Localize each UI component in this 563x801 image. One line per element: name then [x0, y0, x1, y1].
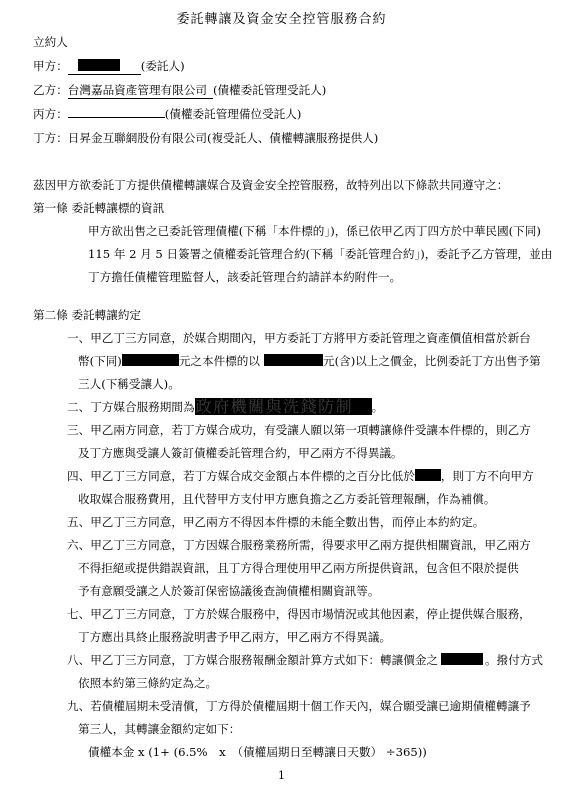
- item-number: 一、: [67, 331, 90, 345]
- article2-item-1: 一、甲乙丁三方同意，於媒合期間內，甲方委託丁方將甲方委託管理之資產價值相當於新台: [0, 327, 563, 350]
- redaction-box: [441, 653, 483, 665]
- party-c-role: (債權委託管理備位受託人): [165, 107, 302, 121]
- page-number: 1: [0, 764, 563, 787]
- article2-item-3: 三、甲乙兩方同意，若丁方媒合成功，有受讓人願以第一項轉讓條件受讓本件標的，則乙方: [0, 419, 563, 442]
- item-text: 甲乙丁三方同意，丁方於媒合服務中，得因市場情況或其他因素，停止提供媒合服務，: [90, 607, 531, 621]
- article2-item-9: 九、若債權屆期未受清償，丁方得於債權屆期十個工作天內，媒合願受讓已逾期債權轉讓予: [0, 695, 563, 718]
- party-d-role: (複受託人、債權轉讓服務提供人): [207, 131, 378, 145]
- item-number: 七、: [67, 607, 90, 621]
- item-number: 四、: [67, 469, 90, 483]
- item-text: ，則丁方不向甲方: [441, 469, 534, 483]
- item-text: 甲乙兩方同意，若丁方媒合成功，有受讓人願以第一項轉讓條件受讓本件標的，則乙方: [90, 423, 531, 437]
- item-number: 八、: [67, 653, 90, 667]
- item-text: 元之本件標的以: [179, 354, 260, 368]
- article2-item-4: 四、甲乙丁三方同意，若丁方媒合成交金額占本件標的之百分比低於，則丁方不向甲方: [0, 465, 563, 488]
- article1-body-line: 甲方欲出售之已委託管理債權(下稱「本件標的」)，係已依甲乙丙丁四方於中華民國(下…: [0, 220, 563, 243]
- article2-heading: 第二條 委託轉讓約定: [0, 304, 563, 327]
- item-text: 元(含)以上之價金，比例委託丁方出售予第: [323, 354, 541, 368]
- party-d-label: 丁方：: [33, 131, 68, 145]
- redaction-box: [264, 354, 323, 366]
- item-number: 九、: [67, 699, 90, 713]
- item-text: 予有意願受讓之人於簽訂保密協議後查詢債權相關資訊等。: [78, 584, 379, 598]
- party-b-name: 台灣嘉品資產管理有限公司: [68, 83, 213, 99]
- document-title: 委託轉讓及資金安全控管服務合約: [0, 8, 563, 31]
- item-number: 三、: [67, 423, 90, 437]
- item-text: 甲乙丁三方同意，甲乙兩方不得因本件標的未能全數出售，而停止本約約定。: [90, 515, 484, 529]
- article1-body-line: 115 年 2 月 5 日簽署之債權委託管理合約(下稱「委託管理合約」)，委託予…: [0, 243, 563, 266]
- party-a-line: 甲方：(委託人): [0, 54, 563, 78]
- item-text: 若債權屆期未受清償，丁方得於債權屆期十個工作天內，媒合願受讓已逾期債權轉讓予: [90, 699, 531, 713]
- redaction-box: [415, 469, 441, 481]
- item-text: 甲乙丁三方同意，於媒合期間內，甲方委託丁方將甲方委託管理之資產價值相當於新台: [90, 331, 531, 345]
- item-text: 收取媒合服務費用，且代替甲方支付甲方應負擔之乙方委託管理報酬，作為補償。: [78, 492, 495, 506]
- article1-heading: 第一條 委託轉讓標的資訊: [0, 197, 563, 220]
- article1-body-line: 丁方擔任債權管理監督人，該委託管理合約請詳本約附件一。: [0, 266, 563, 289]
- item-text: 及丁方應與受讓人簽訂債權委託管理合約，甲乙兩方不得異議。: [78, 446, 403, 460]
- preamble: 茲因甲方欲委託丁方提供債權轉讓媒合及資金安全控管服務，故特列出以下條款共同遵守之…: [0, 174, 563, 197]
- article2-item-8-cont: 依照本約第三條約定為之。: [0, 672, 563, 695]
- article2-item-1-cont: 幣(下同)元之本件標的以元(含)以上之價金，比例委託丁方出售予第: [0, 350, 563, 373]
- redaction-box: [78, 59, 120, 71]
- party-d-line: 丁方：日昇金互聯網股份有限公司(複受託人、債權轉讓服務提供人): [0, 126, 563, 150]
- item-text: 幣(下同): [78, 354, 122, 368]
- redaction-box: [122, 354, 179, 366]
- party-b-label: 乙方：: [33, 83, 68, 97]
- party-a-role: (委託人): [141, 59, 185, 73]
- article2-item-1-cont: 三人(下稱受讓人)。: [0, 373, 563, 396]
- item-text: 。: [372, 400, 384, 414]
- party-c-blank-underline: [68, 102, 165, 118]
- article2-item-9-cont: 第三人，其轉讓金額約定如下：: [0, 718, 563, 741]
- party-c-label: 丙方：: [33, 107, 68, 121]
- party-a-blank-underline: [68, 59, 141, 75]
- item-text: 三人(下稱受讓人)。: [78, 377, 180, 391]
- item-number: 二、: [67, 400, 90, 414]
- article2-item-8: 八、甲乙丁三方同意，丁方媒合服務報酬金額計算方式如下：轉讓價金之。撥付方式: [0, 649, 563, 672]
- item-number: 六、: [67, 538, 90, 552]
- party-b-role: (債權委託管理受託人): [213, 83, 326, 97]
- item-text: 依照本約第三條約定為之。: [78, 676, 217, 690]
- party-b-line: 乙方：台灣嘉品資產管理有限公司(債權委託管理受託人): [0, 78, 563, 102]
- party-a-label: 甲方：: [33, 59, 68, 73]
- contract-page: 委託轉讓及資金安全控管服務合約 立約人 甲方：(委託人) 乙方：台灣嘉品資產管理…: [0, 0, 563, 801]
- article2-item-7: 七、甲乙丁三方同意，丁方於媒合服務中，得因市場情況或其他因素，停止提供媒合服務，: [0, 603, 563, 626]
- parties-heading: 立約人: [0, 31, 563, 54]
- item-text: 。撥付方式: [485, 653, 543, 667]
- article2-item-4-cont: 收取媒合服務費用，且代替甲方支付甲方應負擔之乙方委託管理報酬，作為補償。: [0, 488, 563, 511]
- item-text: 丁方媒合服務期間為: [90, 400, 194, 414]
- item-text: 甲乙丁三方同意，若丁方媒合成交金額占本件標的之百分比低於: [90, 469, 415, 483]
- article2-item-3-cont: 及丁方應與受讓人簽訂債權委託管理合約，甲乙兩方不得異議。: [0, 442, 563, 465]
- article2-item-6: 六、甲乙丁三方同意，丁方因媒合服務業務所需，得要求甲乙兩方提供相關資訊，甲乙兩方: [0, 534, 563, 557]
- redaction-box-with-watermark: 政府機關與洗錢防制: [195, 398, 372, 415]
- party-c-line: 丙方：(債權委託管理備位受託人): [0, 102, 563, 126]
- article2-item-2: 二、丁方媒合服務期間為政府機關與洗錢防制。: [0, 396, 563, 419]
- article2-item-6-cont: 不得拒絕或提供錯誤資訊，且丁方得合理使用甲乙兩方所提供資訊，包含但不限於提供: [0, 557, 563, 580]
- item-text: 甲乙丁三方同意，丁方媒合服務報酬金額計算方式如下：轉讓價金之: [90, 653, 438, 667]
- transfer-amount-formula: 債權本金 x (1+ (6.5% x （債權屆期日至轉讓日天數） ÷365)): [0, 741, 563, 764]
- article2-item-6-cont: 予有意願受讓之人於簽訂保密協議後查詢債權相關資訊等。: [0, 580, 563, 603]
- item-text: 丁方應出具終止服務說明書予甲乙兩方，甲乙兩方不得異議。: [78, 630, 391, 644]
- article2-item-7-cont: 丁方應出具終止服務說明書予甲乙兩方，甲乙兩方不得異議。: [0, 626, 563, 649]
- item-number: 五、: [67, 515, 90, 529]
- article2-item-5: 五、甲乙丁三方同意，甲乙兩方不得因本件標的未能全數出售，而停止本約約定。: [0, 511, 563, 534]
- item-text: 甲乙丁三方同意，丁方因媒合服務業務所需，得要求甲乙兩方提供相關資訊，甲乙兩方: [90, 538, 531, 552]
- party-d-name: 日昇金互聯網股份有限公司: [68, 131, 207, 145]
- item-text: 不得拒絕或提供錯誤資訊，且丁方得合理使用甲乙兩方所提供資訊，包含但不限於提供: [78, 561, 519, 575]
- item-text: 第三人，其轉讓金額約定如下：: [78, 722, 240, 736]
